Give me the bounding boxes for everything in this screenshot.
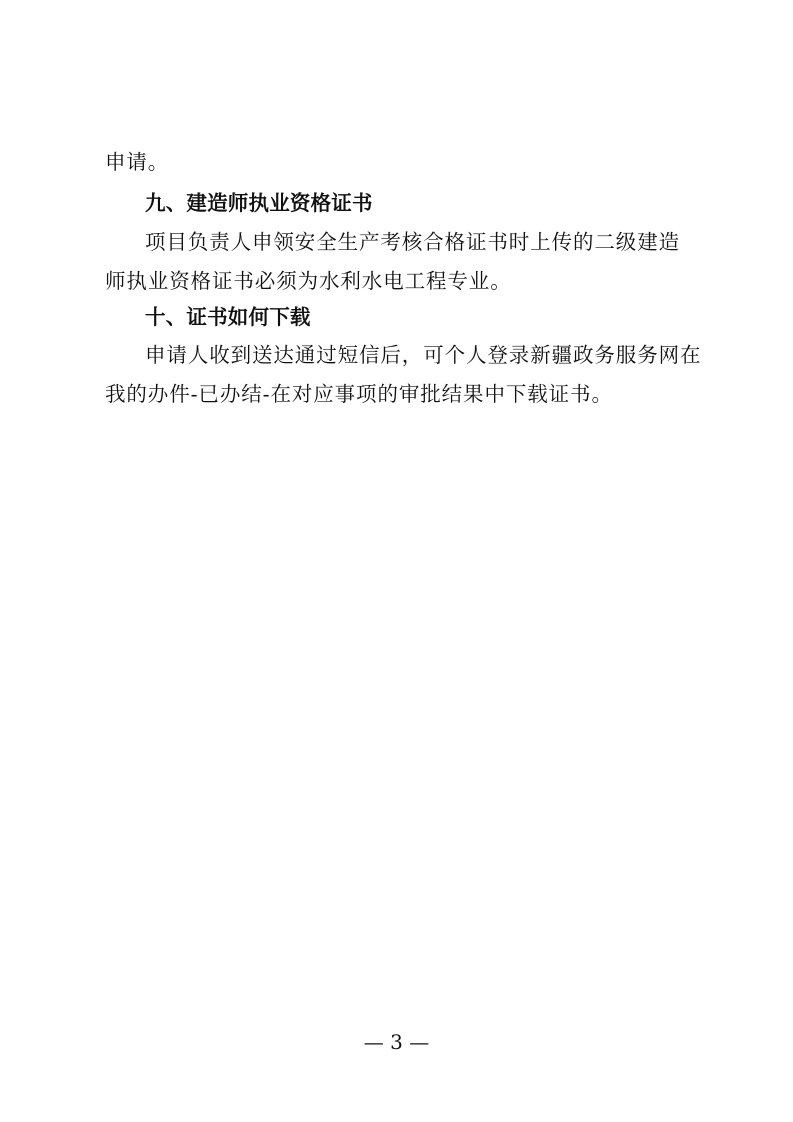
section-10-body-line-2: 我的办件-已办结-在对应事项的审批结果中下载证书。	[105, 380, 705, 408]
section-heading-10: 十、证书如何下载	[145, 303, 745, 331]
section-heading-9: 九、建造师执业资格证书	[145, 189, 745, 217]
section-9-body-line-1: 项目负责人申领安全生产考核合格证书时上传的二级建造	[145, 228, 745, 256]
page-number: — 3 —	[0, 1028, 793, 1056]
section-9-body-line-2: 师执业资格证书必须为水利水电工程专业。	[105, 267, 705, 295]
document-page: 申请。 九、建造师执业资格证书 项目负责人申领安全生产考核合格证书时上传的二级建…	[0, 0, 793, 1122]
paragraph-continuation: 申请。	[105, 148, 705, 176]
section-10-body-line-1: 申请人收到送达通过短信后，可个人登录新疆政务服务网在	[145, 341, 745, 369]
